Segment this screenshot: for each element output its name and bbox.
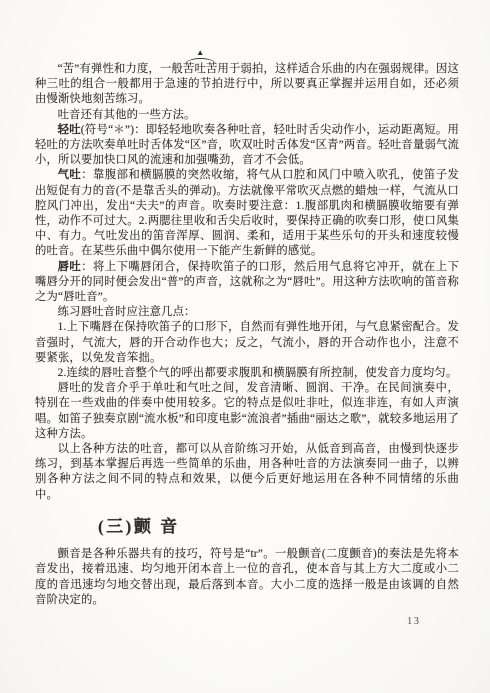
paragraph-air-tonguing: 气吐：靠腹部和横膈膜的突然收缩，将气从口腔和风门中喷入吹孔，使笛子发出短促有力的… (35, 168, 459, 259)
paragraph-trill-intro: 颤音是各种乐器共有的技巧，符号是“tr”。一般颤音(二度颤音)的奏法是先将本音发… (35, 547, 459, 608)
paragraph-lip-tonguing: 唇吐：将上下嘴唇闭合，保持吹笛子的口形，然后用气息将它冲开，就在上下嘴唇分开的同… (35, 260, 459, 306)
paragraph-light-tonguing: 轻吐(符号“＊”)：即轻轻地吹奏各种吐音，轻吐时舌尖动作小，运动距离短。用轻吐的… (35, 123, 459, 169)
page-number: 13 (407, 616, 421, 627)
paragraph-point-1: 1.上下嘴唇在保持吹笛子的口形下，自然而有弹性地开闭，与气息紧密配合。发音强时，… (35, 320, 459, 366)
paragraph-text: ：靠腹部和横膈膜的突然收缩，将气从口腔和风门中喷入吹孔，使笛子发出短促有力的音(… (35, 169, 459, 257)
paragraph-other-methods: 吐音还有其他的一些方法。 (35, 108, 459, 123)
term-air-tonguing: 气吐 (58, 169, 82, 181)
term-light-tonguing: 轻吐 (58, 124, 81, 136)
tied-syllables: 苦吐苦 (183, 63, 218, 75)
term-lip-tonguing: 唇吐 (58, 261, 82, 273)
paragraph-point-2: 2.连续的唇吐音整个气的呼出都要求腹肌和横膈膜有所控制，使发音力度均匀。 (35, 366, 459, 381)
paragraph-practice-note: 练习唇吐音时应注意几点： (35, 305, 459, 320)
paragraph-text: (符号“＊”)：即轻轻地吹奏各种吐音，轻吐时舌尖动作小，运动距离短。用轻吐的方法… (35, 124, 459, 166)
accent-icon: ▲ (196, 49, 204, 57)
tie-mark: ▲苦吐苦 (183, 62, 218, 77)
paragraph-text: ：将上下嘴唇闭合，保持吹笛子的口形，然后用气息将它冲开，就在上下嘴唇分开的同时便… (35, 261, 459, 303)
section-heading-trill: (三)颤 音 (98, 519, 459, 534)
text-column: “苦”有弹性和力度，一般▲苦吐苦用于弱拍，这样适合乐曲的内在强弱规律。因这种三吐… (35, 62, 459, 608)
paragraph-text-before: “苦”有弹性和力度，一般 (58, 63, 183, 75)
paragraph-summary: 以上各种方法的吐音，都可以从音阶练习开始，从低音到高音，由慢到快逐步练习，到基本… (35, 442, 459, 503)
paragraph-lip-tonguing-character: 唇吐的发音介乎于单吐和气吐之间，发音清晰、圆润、干净。在民间演奏中，特别在一些戏… (35, 381, 459, 442)
paragraph-triple-tonguing: “苦”有弹性和力度，一般▲苦吐苦用于弱拍，这样适合乐曲的内在强弱规律。因这种三吐… (35, 62, 459, 108)
scanned-document-page: “苦”有弹性和力度，一般▲苦吐苦用于弱拍，这样适合乐曲的内在强弱规律。因这种三吐… (0, 0, 490, 693)
